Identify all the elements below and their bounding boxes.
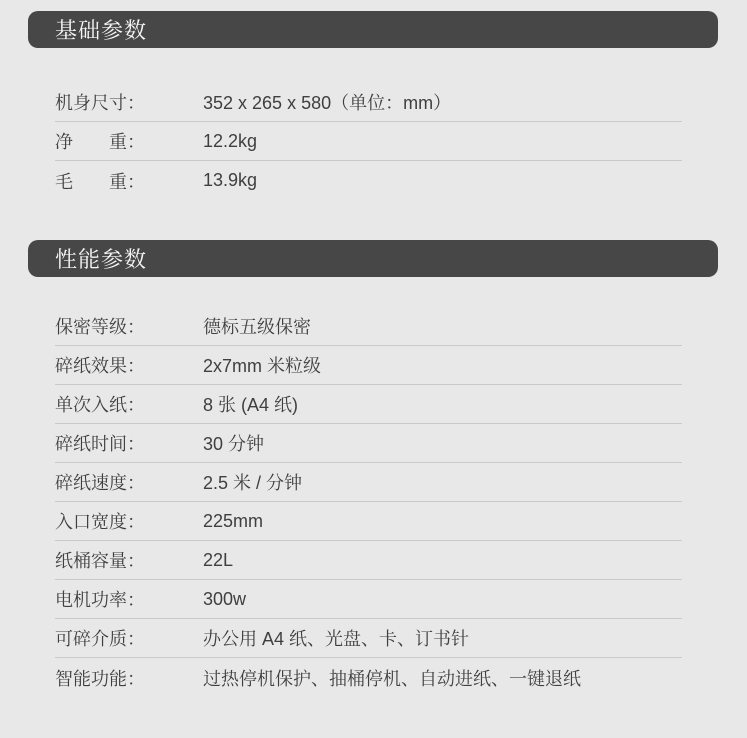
- table-row-shred-effect: 碎纸效果： 2x7mm 米粒级: [55, 346, 682, 385]
- spec-value: 2x7mm 米粒级: [203, 352, 682, 378]
- spec-label: 入口宽度：: [55, 508, 203, 534]
- spec-value: 12.2kg: [203, 131, 682, 152]
- product-spec-page: 基础参数 机身尺寸： 352 x 265 x 580（单位：mm） 净 重： 1…: [0, 0, 747, 738]
- spec-value: 30 分钟: [203, 430, 682, 456]
- spec-value: 13.9kg: [203, 170, 682, 191]
- spec-label: 智能功能：: [55, 665, 203, 691]
- spec-label: 碎纸速度：: [55, 469, 203, 495]
- spec-label: 纸桶容量：: [55, 547, 203, 573]
- spec-label: 毛 重：: [55, 168, 203, 194]
- spec-value: 22L: [203, 550, 682, 571]
- table-row-shred-speed: 碎纸速度： 2.5 米 / 分钟: [55, 463, 682, 502]
- spec-label: 可碎介质：: [55, 625, 203, 651]
- spec-value: 过热停机保护、抽桶停机、自动进纸、一键退纸: [203, 665, 682, 691]
- section-header-basic-params: 基础参数: [28, 11, 718, 48]
- table-row-smart-functions: 智能功能： 过热停机保护、抽桶停机、自动进纸、一键退纸: [55, 658, 682, 697]
- spec-label: 碎纸效果：: [55, 352, 203, 378]
- table-row-sheets-per-pass: 单次入纸： 8 张 (A4 纸): [55, 385, 682, 424]
- table-row-gross-weight: 毛 重： 13.9kg: [55, 161, 682, 200]
- spec-value: 8 张 (A4 纸): [203, 391, 682, 417]
- table-row-security-level: 保密等级： 德标五级保密: [55, 307, 682, 346]
- table-row-motor-power: 电机功率： 300w: [55, 580, 682, 619]
- spec-label: 保密等级：: [55, 313, 203, 339]
- spec-value: 德标五级保密: [203, 313, 682, 339]
- spec-value: 300w: [203, 589, 682, 610]
- spec-label: 电机功率：: [55, 586, 203, 612]
- spec-value: 225mm: [203, 511, 682, 532]
- performance-params-table: 保密等级： 德标五级保密 碎纸效果： 2x7mm 米粒级 单次入纸： 8 张 (…: [55, 307, 682, 697]
- basic-params-table: 机身尺寸： 352 x 265 x 580（单位：mm） 净 重： 12.2kg…: [55, 83, 682, 200]
- table-row-entry-width: 入口宽度： 225mm: [55, 502, 682, 541]
- table-row-shred-time: 碎纸时间： 30 分钟: [55, 424, 682, 463]
- spec-value: 办公用 A4 纸、光盘、卡、订书针: [203, 625, 682, 651]
- table-row-net-weight: 净 重： 12.2kg: [55, 122, 682, 161]
- spec-value: 352 x 265 x 580（单位：mm）: [203, 89, 682, 115]
- section-title-basic: 基础参数: [55, 14, 147, 45]
- table-row-body-size: 机身尺寸： 352 x 265 x 580（单位：mm）: [55, 83, 682, 122]
- spec-label: 碎纸时间：: [55, 430, 203, 456]
- spec-label: 单次入纸：: [55, 391, 203, 417]
- spec-value: 2.5 米 / 分钟: [203, 469, 682, 495]
- table-row-bin-capacity: 纸桶容量： 22L: [55, 541, 682, 580]
- spec-label: 机身尺寸：: [55, 89, 203, 115]
- table-row-shreddable-media: 可碎介质： 办公用 A4 纸、光盘、卡、订书针: [55, 619, 682, 658]
- spec-label: 净 重：: [55, 128, 203, 154]
- section-title-performance: 性能参数: [55, 243, 147, 274]
- section-header-performance-params: 性能参数: [28, 240, 718, 277]
